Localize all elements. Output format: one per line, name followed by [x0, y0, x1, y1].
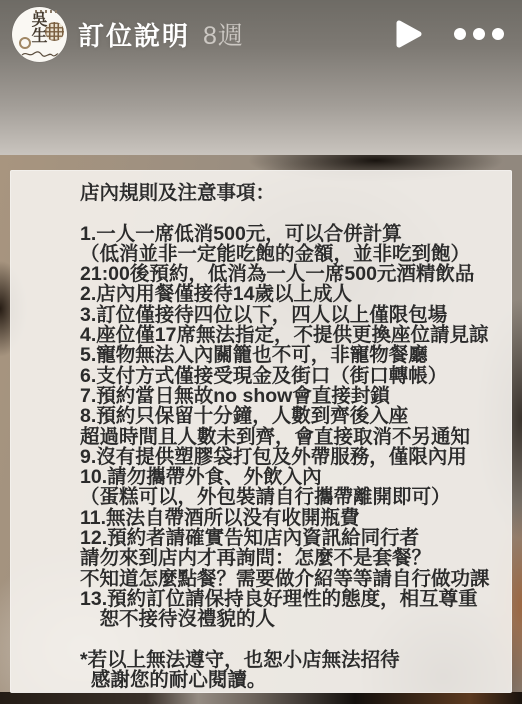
rule-line: 21:00後預約，低消為一人一席500元酒精飲品 — [80, 264, 506, 284]
rule-line: 請勿來到店内才再詢問：怎麼不是套餐？ — [80, 548, 506, 568]
rule-line: 10.請勿攜帶外食、外飲入內 — [80, 467, 506, 487]
rule-line: 超過時間且人數未到齊，會直接取消不另通知 — [80, 427, 506, 447]
rules-footer: *若以上無法遵守，也恕小店無法招待 感謝您的耐心閱讀。 — [80, 650, 506, 691]
lattice-window-icon — [45, 22, 64, 41]
rule-line: 11.無法自帶酒所以没有收開瓶費 — [80, 508, 506, 528]
rule-line: 1.一人一席低消500元，可以合併計算 — [80, 224, 506, 244]
rule-line: 不知道怎麼點餐？需要做介紹等等請自行做功課 — [80, 569, 506, 589]
ring-icon — [19, 37, 31, 49]
more-options-icon — [473, 28, 485, 40]
more-options-icon — [454, 28, 466, 40]
rule-line: 8.預約只保留十分鐘，人數到齊後入座 — [80, 406, 506, 426]
rule-line: *若以上無法遵守，也恕小店無法招待 — [80, 650, 506, 670]
story-photo-bottom-strip — [0, 692, 522, 704]
rule-line: 6.支付方式僅接受現金及街口（街口轉帳） — [80, 366, 506, 386]
rule-line: 4.座位僅17席無法指定，不提供更換座位請見諒 — [80, 325, 506, 345]
profile-avatar[interactable]: 吳生 — [12, 7, 67, 62]
play-icon — [395, 19, 423, 49]
rules-body: 1.一人一席低消500元，可以合併計算（低消並非一定能吃飽的金額，並非吃到飽）2… — [80, 224, 506, 630]
story-viewer-screen: 店內規則及注意事項： 1.一人一席低消500元，可以合併計算（低消並非一定能吃飽… — [0, 0, 522, 704]
rules-card: 店內規則及注意事項： 1.一人一席低消500元，可以合併計算（低消並非一定能吃飽… — [10, 170, 512, 693]
story-header: 吳生 訂位說明 8週 — [0, 0, 522, 68]
story-title-group[interactable]: 訂位說明 8週 — [78, 16, 395, 53]
rule-line: 9.沒有提供塑膠袋打包及外帶服務，僅限內用 — [80, 447, 506, 467]
rule-line: 7.預約當日無故no show會直接封鎖 — [80, 386, 506, 406]
rule-line: 3.訂位僅接待四位以下，四人以上僅限包場 — [80, 305, 506, 325]
rule-line: 13.預約訂位請保持良好理性的態度，相互尊重 — [80, 589, 506, 609]
rule-line: 12.預約者請確實告知店內資訊給同行者 — [80, 528, 506, 548]
rule-line: 5.寵物無法入內關籠也不可，非寵物餐廳 — [80, 345, 506, 365]
rules-heading: 店內規則及注意事項： — [80, 183, 506, 203]
play-button[interactable] — [395, 19, 423, 49]
story-title[interactable]: 訂位說明 — [78, 16, 190, 53]
rule-line: 恕不接待沒禮貌的人 — [80, 609, 506, 629]
rule-line: （蛋糕可以，外包裝請自行攜帶離開即可） — [80, 487, 506, 507]
header-controls — [395, 19, 504, 49]
rule-line: 2.店內用餐僅接待14歲以上成人 — [80, 284, 506, 304]
rule-line: （低消並非一定能吃飽的金額，並非吃到飽） — [80, 244, 506, 264]
signature-squiggle — [21, 49, 59, 58]
story-timestamp: 8週 — [203, 16, 244, 52]
rule-line: 感謝您的耐心閱讀。 — [80, 670, 506, 690]
more-options-icon — [492, 28, 504, 40]
more-options-button[interactable] — [454, 19, 504, 49]
